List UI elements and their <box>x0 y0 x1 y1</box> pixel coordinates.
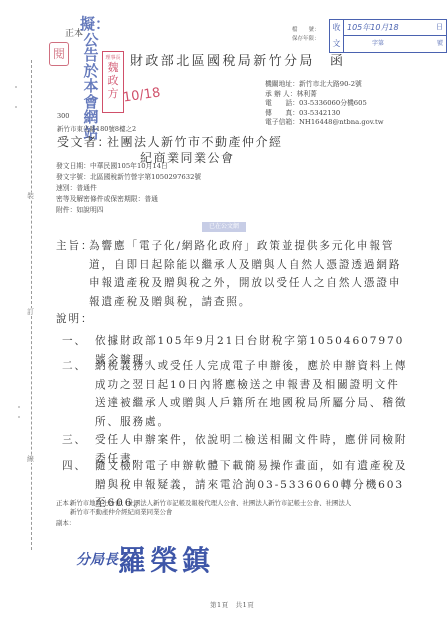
receipt-number-row: 字第 號 <box>344 36 446 52</box>
stamp-date: 10/18 <box>122 85 161 105</box>
contact-address: 機關地址：新竹市北大路90-2號 <box>265 80 384 90</box>
receipt-wen: 文 <box>330 36 343 52</box>
punch-dot <box>18 406 20 408</box>
retention-label: 保存年限： <box>292 35 320 44</box>
punch-dot <box>18 416 20 418</box>
binding-char-ding: 訂 <box>27 308 34 316</box>
file-number-block: 檔 號： 保存年限： <box>292 26 320 44</box>
meta-date: 發文日期：中華民國105年10月14日 <box>56 161 201 172</box>
receipt-word-label: 字第 <box>372 36 384 52</box>
document-title: 財政部北區國稅局新竹分局 <box>130 50 315 69</box>
stamp-name: 魏政方 <box>103 61 123 100</box>
signature-name: 羅榮鎮 <box>118 539 214 579</box>
receipt-stamp: 收 文 105年10月18 日 字第 號 <box>329 19 447 53</box>
receipt-day-label: 日 <box>436 20 443 35</box>
recipient-name-line1: 社團法人新竹市不動產仲介經 <box>107 133 283 150</box>
subject-label: 主旨： <box>56 237 93 256</box>
page-number: 第1頁 共1頁 <box>210 600 254 609</box>
distribution-copy: 副本： <box>56 518 75 527</box>
recipient-zip: 300 <box>57 112 69 120</box>
receipt-shou: 收 <box>330 20 343 36</box>
signature-title: 分局長 <box>76 549 118 569</box>
contact-phone: 電 話：03-5336060分機605 <box>265 99 384 109</box>
punch-dot <box>15 106 17 108</box>
handwritten-note: 擬：公告於本會網站 <box>80 17 102 141</box>
contact-fax: 傳 真：03-5342130 <box>265 109 384 119</box>
receipt-date: 105年10月18 <box>347 23 399 32</box>
contact-email: 電子信箱：NH16448@ntbna.gov.tw <box>265 118 384 128</box>
recipient-label: 受文者： <box>57 133 111 150</box>
document-meta: 發文日期：中華民國105年10月14日 發文字號：北區國稅新竹營字第105029… <box>56 161 201 216</box>
contact-officer: 承 辦 人：林利菁 <box>265 90 384 100</box>
posted-chip: 已在公文網 <box>202 222 246 232</box>
meta-classification: 密等及解密條件或保密期限：普通 <box>56 194 201 205</box>
distribution-original: 正本： 新竹市地政士公會、社團法人新竹市記帳及報稅代理人公會、社團法人新竹市記帳… <box>56 499 356 516</box>
subject-text: 為響應「電子化/網路化政府」政策並提供多元化申報管道，自即日起除能以繼承人及贈與… <box>89 237 407 311</box>
receipt-stamp-label: 收 文 <box>330 20 344 52</box>
binding-line <box>31 60 32 550</box>
meta-attachment: 附件：如說明四 <box>56 205 201 216</box>
binding-char-xian: 線 <box>27 455 34 463</box>
punch-dot <box>15 86 17 88</box>
meta-doc-number: 發文字號：北區國稅新竹營字第1050297632號 <box>56 172 201 183</box>
binding-char-zhuang: 裝 <box>27 192 34 200</box>
file-number-label: 檔 號： <box>292 26 320 35</box>
contact-block: 機關地址：新竹市北大路90-2號 承 辦 人：林利菁 電 話：03-533606… <box>265 80 384 128</box>
explanation-label: 說明： <box>56 310 93 329</box>
meta-speed: 速別：普通件 <box>56 183 201 194</box>
explanation-item-2: 二、 納稅義務人或受任人完成電子申辦後，應於申辦資料上傳成功之翌日起10日內將應… <box>62 357 412 431</box>
receipt-num-label: 號 <box>437 36 443 52</box>
chairman-stamp: 理事長 魏政方 <box>102 51 124 113</box>
read-seal: 閱 <box>49 42 69 66</box>
receipt-date-row: 105年10月18 日 <box>344 20 446 36</box>
recipient-address: 新竹市東光路180號8樓之2 <box>57 124 136 133</box>
